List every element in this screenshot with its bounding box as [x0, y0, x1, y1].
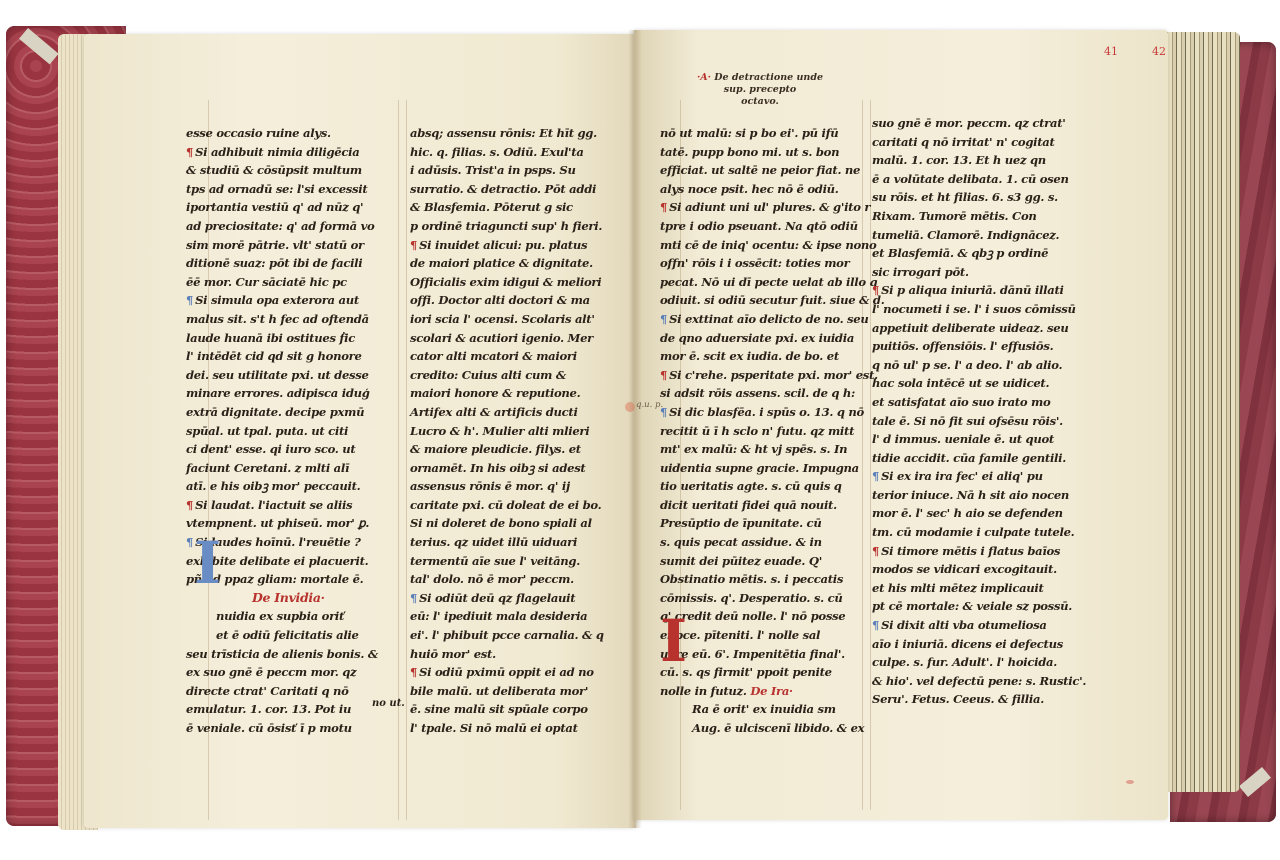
text-line: ¶Si laudat. l'iactuit se aliis	[186, 496, 396, 515]
running-head-mark: ·A·	[697, 72, 711, 83]
text-line: tm. cū modamie i culpate tutele.	[872, 523, 1082, 542]
text-line: emulatur. 1. cor. 13. Pot iu	[186, 700, 396, 719]
text-line: hac sola intēcē ut se uidicet.	[872, 374, 1082, 393]
manuscript-photo: 41 42 ·A· De detractione unde sup. prece…	[0, 0, 1280, 860]
text-line: eū: l' ipediuit mala desideria	[410, 607, 620, 626]
text-line: ē veniale. cū ōsisť ī p motu	[186, 719, 396, 738]
text-line: l' intēdēt cid qd sit g honore	[186, 347, 396, 366]
text-line: termentū aīe sue l' veitāng.	[410, 552, 620, 571]
text-line: extrā dignitate. decipe pxmū	[186, 403, 396, 422]
text-line: sic irrogari pōt.	[872, 263, 1082, 282]
text-line: su rōis. et ht filias. 6. s3 gg. s.	[872, 188, 1082, 207]
text-line: & maiore pleudicie. filys. et	[410, 440, 620, 459]
text-line: seu trīsticia de alienis bonis. &	[186, 645, 396, 664]
text-line: alys noce psit. hec nō ē odiū.	[660, 180, 860, 199]
running-head-line: octavo.	[741, 96, 779, 107]
text-line: sim morē pātrie. vlt' statū or	[186, 236, 396, 255]
paragraph-mark: ¶	[186, 293, 193, 307]
paragraph-mark: ¶	[872, 544, 879, 558]
text-line: uare eū. 6'. Impenitētia final'.	[660, 645, 860, 664]
text-line: tal' dolo. nō ē mor' peccm.	[410, 570, 620, 589]
section-heading-ira: De Ira·	[750, 684, 792, 698]
running-head: ·A· De detractione unde sup. precepto oc…	[690, 72, 830, 108]
text-line: laude huanā ibi ostitues ḟic	[186, 329, 396, 348]
text-line: tidie accidit. cūa famile gentili.	[872, 449, 1082, 468]
text-line: ¶Si odiū pximū oppit ei ad no	[410, 663, 620, 682]
text-line: cator alti mcatori & maiori	[410, 347, 620, 366]
text-line: Aug. ē ulciscenī libido. & ex	[660, 719, 860, 738]
text-line: tps ad ornadū se: l'si excessit	[186, 180, 396, 199]
running-head-line: sup. precepto	[724, 84, 796, 95]
paragraph-mark: ¶	[186, 498, 193, 512]
text-line: appetiuit deliberate uideaz. seu	[872, 319, 1082, 338]
text-line: iportantia vestiū q' ad nūz q'	[186, 198, 396, 217]
text-line: ad preciositate: q' ad formā vo	[186, 217, 396, 236]
text-line: malus sit. s't h fec ad oftendā	[186, 310, 396, 329]
text-line: Ra ē orit' ex inuidia sm	[660, 700, 860, 719]
text-line: maiori honore & reputione.	[410, 384, 620, 403]
paragraph-mark: ¶	[872, 618, 879, 632]
paragraph-mark: ¶	[660, 368, 667, 382]
text-line: tale ē. Si nō fit sui ofsēsu rōis'.	[872, 412, 1082, 431]
text-line: ē. sine malū sit spūale corpo	[410, 700, 620, 719]
text-line: pecat. Nō ui dī pecte uelat ab illo q	[660, 273, 860, 292]
text-line: terior iniuce. Nā h sit aio nocen	[872, 486, 1082, 505]
text-line: l' tpale. Si nō malū ei optat	[410, 719, 620, 738]
text-line: ¶Si adiunt uni ul' plures. & g'ito r	[660, 198, 860, 217]
text-line: odiuit. si odiū secutur fuit. siue & d.	[660, 291, 860, 310]
ruling-line	[398, 100, 399, 820]
text-line: Obstinatio mētis. s. i peccatis	[660, 570, 860, 589]
text-line: ditionē suaz: pōt ibi de facili	[186, 254, 396, 273]
text-line: de qno aduersiate pxi. ex iuidia	[660, 329, 860, 348]
text-line: ci dent' esse. qi iuro sco. ut	[186, 440, 396, 459]
text-line: de maiori platice & dignitate.	[410, 254, 620, 273]
paragraph-mark: ¶	[660, 200, 667, 214]
text-line: mti cē de iniq' ocentu: & ipse nono	[660, 236, 860, 255]
text-line: ēē mor. Cur sāciatē hic pc	[186, 273, 396, 292]
decorated-initial-ira: I	[660, 612, 687, 670]
text-line: tpre i odio pseuant. Na qtō odiū	[660, 217, 860, 236]
text-line: caritati q nō irritat' n' cogitat	[872, 133, 1082, 152]
text-line: bile malū. ut deliberata mor'	[410, 682, 620, 701]
text-line: ornamēt. In his oibꝫ si adest	[410, 459, 620, 478]
text-line: faciunt Ceretani. z mlti alī	[186, 459, 396, 478]
running-head-line: De detractione unde	[714, 72, 823, 83]
text-line: et ē odiū felicitatis alie	[186, 626, 396, 645]
text-line: dicit ueritati fidei quā nouit.	[660, 496, 860, 515]
text-line: mt' ex malū: & ht vj spēs. s. In	[660, 440, 860, 459]
margin-note: q.u. p.	[636, 400, 663, 410]
paragraph-mark: ¶	[186, 145, 193, 159]
text-line: Lucro & h'. Mulier alti mlieri	[410, 422, 620, 441]
text-line: & Blasfemia. Pōterut g sic	[410, 198, 620, 217]
text-line: et his mlti mētez implicauit	[872, 579, 1082, 598]
text-line: ¶Si dixit alti vba otumeliosa	[872, 616, 1082, 635]
text-line: ¶Si dic blasfēa. i spūs o. 13. q nō	[660, 403, 860, 422]
text-line: minare errores. adipisca iduģ	[186, 384, 396, 403]
text-line: et satisfatat aīo suo irato mo	[872, 393, 1082, 412]
text-line: uidentia supne gracie. Impugna	[660, 459, 860, 478]
text-line: ¶Si exttinat aīo delicto de no. seu	[660, 310, 860, 329]
text-line: l' nocumeti i se. l' i suos cōmissū	[872, 300, 1082, 319]
text-line: recitit ū ī h sclo n' futu. qz mitt	[660, 422, 860, 441]
text-line: ex suo gnē ē peccm mor. qz	[186, 663, 396, 682]
text-column-2: absq; assensu rōnis: Et hīt gg. hic. q. …	[410, 124, 620, 738]
text-line: modos se vidicari excogitauit.	[872, 560, 1082, 579]
text-line: huiō mor' est.	[410, 645, 620, 664]
text-line: q nō ul' p se. l' a deo. l' ab alio.	[872, 356, 1082, 375]
text-line: Rixam. Tumorē mētis. Con	[872, 207, 1082, 226]
text-line: Presūptio de īpunitate. cū	[660, 514, 860, 533]
gutter	[628, 30, 642, 828]
text-line: puitiōs. offensiōis. l' effusiōs.	[872, 337, 1082, 356]
text-column-1: esse occasio ruine alys. ¶Si adhibuit ni…	[186, 124, 396, 738]
text-line: ¶Si inuidet alicui: pu. platus	[410, 236, 620, 255]
text-line: ¶Si odiūt deū qz flagelauit	[410, 589, 620, 608]
text-line: ¶Si p aliqua iniuriā. dānū illati	[872, 281, 1082, 300]
text-line: i adūsis. Trist'a in psps. Su	[410, 161, 620, 180]
text-line: aīo i iniuriā. dicens ei defectus	[872, 635, 1082, 654]
paragraph-mark: ¶	[872, 469, 879, 483]
text-line: esse occasio ruine alys.	[186, 124, 396, 143]
text-line: et Blasfemiā. & qbꝫ p ordinē	[872, 244, 1082, 263]
text-line: & hio'. vel defectū pene: s. Rustic'.	[872, 672, 1082, 691]
text-line: mor ē. scit ex iudia. de bo. et	[660, 347, 860, 366]
text-line: absq; assensu rōnis: Et hīt gg.	[410, 124, 620, 143]
catchword: no ut.	[372, 698, 405, 709]
text-line: nuidia ex supbia oriť	[186, 607, 396, 626]
text-line: culpe. s. fur. Adult'. l' hoicida.	[872, 653, 1082, 672]
paragraph-mark: ¶	[410, 591, 417, 605]
stain-mark	[625, 402, 635, 412]
paragraph-mark: ¶	[660, 312, 667, 326]
text-line: ¶Si ex ira ira fec' ei aliq' pu	[872, 467, 1082, 486]
paragraph-mark: ¶	[410, 238, 417, 252]
text-line: tatē. pupp bono mi. ut s. bon	[660, 143, 860, 162]
text-line: directe ctrat' Caritati q nō	[186, 682, 396, 701]
ruling-line	[406, 100, 407, 820]
text-line: nolle in futuz. De Ira·	[660, 682, 860, 701]
text-line: ē a volūtate delibata. 1. cū osen	[872, 170, 1082, 189]
text-line: ¶Si c'rehe. psperitate pxi. mor' est.	[660, 366, 860, 385]
text-line: tio ueritatis agte. s. cū quis q	[660, 477, 860, 496]
stain-mark	[1126, 780, 1134, 784]
text-line: efficiat. ut saltē ne peior fiat. ne	[660, 161, 860, 180]
text-line: ei pce. pīteniti. l' nolle sal	[660, 626, 860, 645]
text-line: nō ut malū: si p bo ei'. pū ifū	[660, 124, 860, 143]
text-line: ¶Si adhibuit nimia diligēcia	[186, 143, 396, 162]
text-line: q' credit deū nolle. l' nō posse	[660, 607, 860, 626]
text-line: surratio. & detractio. Pōt addi	[410, 180, 620, 199]
text-line: offi. Doctor alti doctori & ma	[410, 291, 620, 310]
text-line: mor ē. l' sec' h aio se defenden	[872, 504, 1082, 523]
text-line: terius. qz uidet illū uiduari	[410, 533, 620, 552]
text-line: malū. 1. cor. 13. Et h uez qn	[872, 151, 1082, 170]
text-line: credito: Cuius alti cum &	[410, 366, 620, 385]
text-line: l' d immus. ueniale ē. ut quot	[872, 430, 1082, 449]
text-line: Officialis exim idigui & meliori	[410, 273, 620, 292]
folio-number-right: 42	[1152, 45, 1166, 58]
text-line: ¶Si timore mētis i flatus baīos	[872, 542, 1082, 561]
text-line: pt cē mortale: & veiale sz possū.	[872, 597, 1082, 616]
text-line: iori scia l' ocensi. Scolaris alt'	[410, 310, 620, 329]
paragraph-mark: ¶	[872, 283, 879, 297]
folio-number-left: 41	[1104, 45, 1118, 58]
text-line: hic. q. filias. s. Odiū. Exul'ta	[410, 143, 620, 162]
text-line: Seru'. Fetus. Ceeus. & fillia.	[872, 690, 1082, 709]
text-column-3: nō ut malū: si p bo ei'. pū ifū tatē. pu…	[660, 124, 860, 738]
text-line: dei. seu utilitate pxi. ut desse	[186, 366, 396, 385]
text-line: cōmissis. q'. Desperatio. s. cū	[660, 589, 860, 608]
text-line: tumeliā. Clamorē. Indignācez.	[872, 226, 1082, 245]
paragraph-mark: ¶	[410, 665, 417, 679]
text-line: Si ni doleret de bono spiali al	[410, 514, 620, 533]
text-line: assensus rōnis ē mor. q' ij	[410, 477, 620, 496]
text-column-4: suo gnē ē mor. peccm. qz ctrat' caritati…	[872, 114, 1082, 709]
text-line: atī. e his oibꝫ mor' peccauit.	[186, 477, 396, 496]
text-line: caritate pxi. cū doleat de ei bo.	[410, 496, 620, 515]
text-line: Artifex alti & artificis ducti	[410, 403, 620, 422]
text-line: spūal. ut tpal. puta. ut citi	[186, 422, 396, 441]
text-line: suo gnē ē mor. peccm. qz ctrat'	[872, 114, 1082, 133]
text-line: ¶Si simula opa exterora aut	[186, 291, 396, 310]
text-line: & studiū & cōsūpsit multum	[186, 161, 396, 180]
text-line: sumit dei pūitez euade. Q'	[660, 552, 860, 571]
text-line: si adsit rōis assens. scil. de q h:	[660, 384, 860, 403]
text-line: p ordinē triaguncti sup' h fieri.	[410, 217, 620, 236]
text-line: cū. s. qs firmit' ppoit penite	[660, 663, 860, 682]
paragraph-mark: ¶	[186, 535, 193, 549]
text-line: s. quis pecat assidue. & in	[660, 533, 860, 552]
text-line: scolari & acutiori igenio. Mer	[410, 329, 620, 348]
text-line: ei'. l' phibuit pcce carnalia. & q	[410, 626, 620, 645]
text-line: offn' rōis i i ossēcit: toties mor	[660, 254, 860, 273]
decorated-initial-invidia: I	[194, 534, 221, 592]
